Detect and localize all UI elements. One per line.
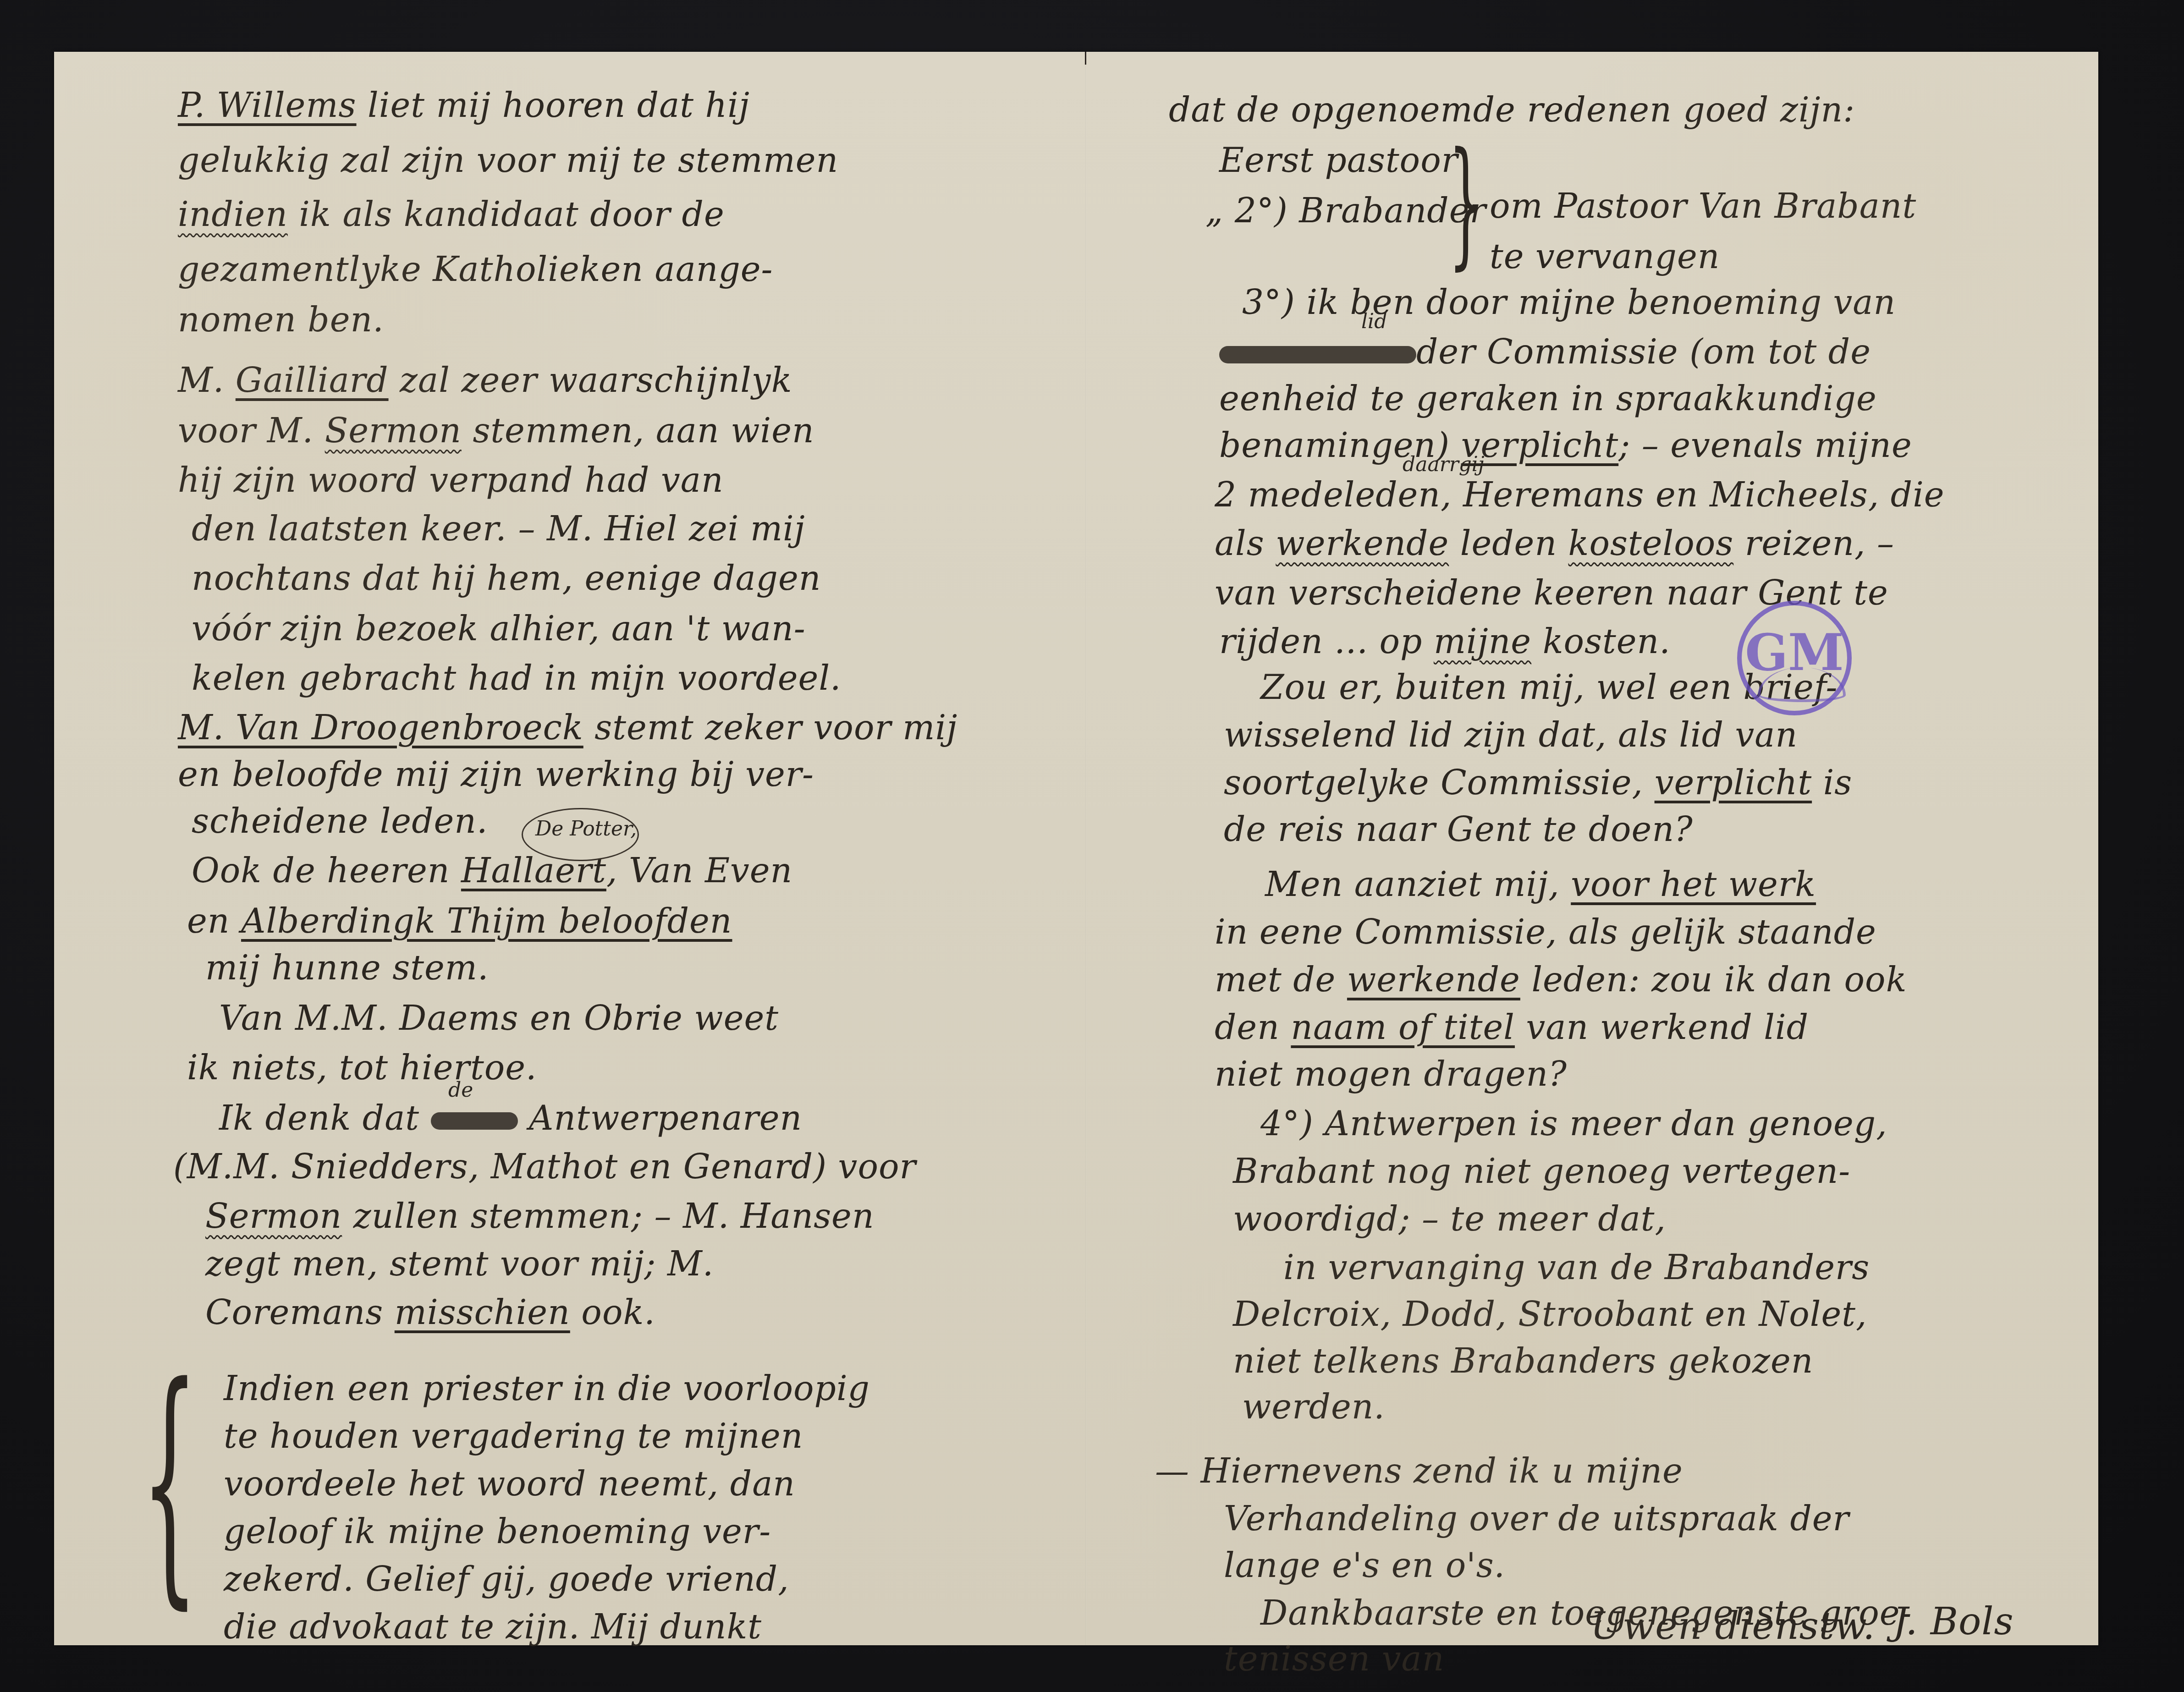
- margin-brace: {: [141, 1353, 198, 1610]
- text-line: Ook de heeren Hallaert, Van Even: [192, 854, 792, 888]
- line-text: den naam of titel van werkend lid: [1215, 1008, 1809, 1047]
- line-text: woordigd; – te meer dat,: [1233, 1199, 1666, 1239]
- line-text: 2 medeleden, Heremans en Micheels, die: [1215, 475, 1945, 515]
- line-text: eenheid te geraken in spraakkundige: [1219, 379, 1877, 418]
- line-text: Men aanziet mij, voor het werk: [1265, 865, 1816, 904]
- line-text: Sermon zullen stemmen; – M. Hansen: [205, 1197, 875, 1236]
- line-text: met de werkende leden: zou ik dan ook: [1215, 960, 1907, 1000]
- struck-through-word: [431, 1112, 518, 1130]
- text-line: benamingen) verplicht; – evenals mijne: [1219, 428, 1912, 462]
- line-text: indien ik als kandidaat door de: [178, 195, 725, 234]
- text-line: nomen ben.: [178, 303, 384, 337]
- line-text: zekerd. Gelief gij, goede vriend,: [224, 1560, 789, 1599]
- text-line: hij zijn woord verpand had van: [178, 463, 724, 497]
- text-line: Eerst pastoor: [1219, 143, 1458, 177]
- text-line: als werkende leden kosteloos reizen, –: [1215, 527, 1894, 560]
- text-line: den naam of titel van werkend lid: [1215, 1011, 1809, 1044]
- text-line: werden.: [1242, 1390, 1385, 1424]
- line-text: Eerst pastoor: [1219, 141, 1458, 180]
- line-text: Van M.M. Daems en Obrie weet: [219, 999, 779, 1038]
- text-line: met de werkende leden: zou ik dan ook: [1215, 963, 1907, 997]
- brace-note-text: om Pastoor Van Brabant: [1490, 189, 1916, 223]
- text-line: gelukkig zal zijn voor mij te stemmen: [178, 143, 838, 177]
- text-line: Verhandeling over de uitspraak der: [1224, 1502, 1849, 1536]
- line-text: in eene Commissie, als gelijk staande: [1215, 912, 1876, 952]
- line-text: niet mogen dragen?: [1215, 1055, 1567, 1094]
- text-line: niet mogen dragen?: [1215, 1057, 1567, 1091]
- line-text: benamingen) verplicht; – evenals mijne: [1219, 426, 1912, 465]
- line-text: de reis naar Gent te doen?: [1224, 810, 1693, 849]
- text-line: lange e's en o's.: [1224, 1549, 1505, 1582]
- line-text: zegt men, stemt voor mij; M.: [205, 1244, 714, 1284]
- text-line: voordeele het woord neemt, dan: [224, 1467, 795, 1501]
- text-line: „ 2°) Brabander: [1205, 194, 1486, 228]
- text-line: Indien een priester in die voorloopig: [224, 1372, 870, 1406]
- line-text: werden.: [1242, 1387, 1385, 1427]
- text-line: 2 medeleden, Heremans en Micheels, die: [1215, 478, 1945, 512]
- text-line: Brabant nog niet genoeg vertegen-: [1233, 1154, 1850, 1188]
- line-text: M. Van Droogenbroeck stemt zeker voor mi…: [178, 708, 957, 747]
- grouping-brace: }: [1448, 134, 1483, 272]
- left-page: P. Willems liet mij hooren dat hijgelukk…: [54, 52, 1085, 1645]
- line-text: hij zijn woord verpand had van: [178, 461, 724, 500]
- text-line: tenissen van: [1224, 1642, 1444, 1676]
- text-line: die advokaat te zijn. Mij dunkt: [224, 1610, 762, 1644]
- text-line: M. Gailliard zal zeer waarschijnlyk: [178, 363, 792, 397]
- text-line: voor M. Sermon stemmen, aan wien: [178, 414, 814, 448]
- text-line: Ik denk dat Antwerpenaren: [219, 1101, 802, 1135]
- text-line: Van M.M. Daems en Obrie weet: [219, 1001, 779, 1035]
- line-text: en beloofde mij zijn werking bij ver-: [178, 755, 814, 794]
- line-text: tenissen van: [1224, 1639, 1444, 1679]
- line-text: Ook de heeren Hallaert, Van Even: [192, 851, 792, 890]
- line-text: niet telkens Brabanders gekozen: [1233, 1341, 1813, 1381]
- line-text: Indien een priester in die voorloopig: [224, 1369, 870, 1408]
- interlinear-insertion: lid: [1361, 310, 1387, 333]
- text-line: zekerd. Gelief gij, goede vriend,: [224, 1562, 789, 1596]
- line-text: vóór zijn bezoek alhier, aan 't wan-: [192, 609, 806, 648]
- line-text: 4°) Antwerpen is meer dan genoeg,: [1260, 1104, 1887, 1143]
- line-text: lange e's en o's.: [1224, 1546, 1505, 1585]
- letter-sheet: P. Willems liet mij hooren dat hijgelukk…: [54, 52, 2098, 1645]
- line-text: Verhandeling over de uitspraak der: [1224, 1499, 1849, 1538]
- line-text: geloof ik mijne benoeming ver-: [224, 1512, 771, 1551]
- text-line: rijden ... op mijne kosten.: [1219, 625, 1671, 659]
- signature-closing: Uwen dienstw.: [1590, 1608, 1875, 1645]
- text-line: mij hunne stem.: [205, 951, 489, 985]
- text-line: en beloofde mij zijn werking bij ver-: [178, 758, 814, 791]
- text-line: 3°) ik ben door mijne benoeming van: [1242, 286, 1896, 319]
- text-line: der Commissie (om tot de: [1219, 335, 1871, 369]
- line-text: te houden vergadering te mijnen: [224, 1417, 803, 1456]
- text-line: soortgelyke Commissie, verplicht is: [1224, 766, 1852, 800]
- line-text: nochtans dat hij hem, eenige dagen: [192, 559, 821, 598]
- text-line: 4°) Antwerpen is meer dan genoeg,: [1260, 1107, 1887, 1141]
- text-line: (M.M. Sniedders, Mathot en Genard) voor: [173, 1150, 916, 1184]
- line-text: als werkende leden kosteloos reizen, –: [1215, 524, 1894, 563]
- text-line: Coremans misschien ook.: [205, 1296, 655, 1329]
- line-text: wisselend lid zijn dat, als lid van: [1224, 715, 1798, 755]
- line-text: rijden ... op mijne kosten.: [1219, 622, 1671, 661]
- line-text: soortgelyke Commissie, verplicht is: [1224, 763, 1852, 802]
- line-text: Coremans misschien ook.: [205, 1293, 655, 1332]
- line-text: den laatsten keer. – M. Hiel zei mij: [192, 509, 805, 549]
- text-line: gezamentlyke Katholieken aange-: [178, 253, 773, 286]
- line-text: scheidene leden.: [192, 802, 488, 841]
- interlinear-insertion: de: [448, 1078, 473, 1102]
- text-line: — Hiernevens zend ik u mijne: [1155, 1454, 1683, 1488]
- line-text: „ 2°) Brabander: [1205, 191, 1486, 231]
- line-text: Brabant nog niet genoeg vertegen-: [1233, 1152, 1850, 1191]
- line-text: Delcroix, Dodd, Stroobant en Nolet,: [1233, 1295, 1867, 1334]
- line-text: voordeele het woord neemt, dan: [224, 1464, 795, 1504]
- text-line: kelen gebracht had in mijn voordeel.: [192, 661, 842, 695]
- line-text: in vervanging van de Brabanders: [1283, 1248, 1870, 1287]
- line-text: kelen gebracht had in mijn voordeel.: [192, 659, 842, 698]
- text-line: indien ik als kandidaat door de: [178, 198, 725, 231]
- text-line: en Alberdingk Thijm beloofden: [187, 904, 732, 938]
- text-line: de reis naar Gent te doen?: [1224, 813, 1693, 846]
- text-line: Delcroix, Dodd, Stroobant en Nolet,: [1233, 1297, 1867, 1331]
- text-line: dat de opgenoemde redenen goed zijn:: [1169, 93, 1855, 127]
- text-line: den laatsten keer. – M. Hiel zei mij: [192, 512, 805, 546]
- line-text: (M.M. Sniedders, Mathot en Genard) voor: [173, 1147, 916, 1187]
- text-line: eenheid te geraken in spraakkundige: [1219, 382, 1877, 416]
- text-line: scheidene leden.: [192, 804, 488, 838]
- line-text: der Commissie (om tot de: [1416, 332, 1871, 372]
- text-line: te houden vergadering te mijnen: [224, 1419, 803, 1453]
- text-line: woordigd; – te meer dat,: [1233, 1202, 1666, 1236]
- archive-stamp: GM: [1737, 601, 1852, 715]
- line-text: en Alberdingk Thijm beloofden: [187, 901, 732, 941]
- text-line: zegt men, stemt voor mij; M.: [205, 1247, 714, 1281]
- text-line: Men aanziet mij, voor het werk: [1265, 868, 1816, 901]
- interlinear-insertion: daarrgij: [1403, 453, 1485, 476]
- line-text: gezamentlyke Katholieken aange-: [178, 250, 773, 289]
- line-text: voor M. Sermon stemmen, aan wien: [178, 411, 814, 450]
- signature-name: J. Bols: [1893, 1603, 2014, 1641]
- right-page: dat de opgenoemde redenen goed zijn:Eers…: [1086, 52, 2098, 1645]
- text-line: ik niets, tot hiertoe.: [187, 1051, 537, 1085]
- line-text: dat de opgenoemde redenen goed zijn:: [1169, 90, 1855, 130]
- text-line: M. Van Droogenbroeck stemt zeker voor mi…: [178, 711, 957, 745]
- text-line: vóór zijn bezoek alhier, aan 't wan-: [192, 612, 806, 646]
- text-line: in vervanging van de Brabanders: [1283, 1251, 1870, 1285]
- line-text: die advokaat te zijn. Mij dunkt: [224, 1607, 762, 1647]
- text-line: niet telkens Brabanders gekozen: [1233, 1344, 1813, 1378]
- line-text: P. Willems liet mij hooren dat hij: [178, 86, 750, 125]
- circled-insertion-mark: [522, 808, 639, 861]
- line-text: mij hunne stem.: [205, 948, 489, 988]
- line-text: M. Gailliard zal zeer waarschijnlyk: [178, 361, 792, 400]
- text-line: geloof ik mijne benoeming ver-: [224, 1515, 771, 1549]
- line-text: Antwerpenaren: [518, 1099, 803, 1138]
- text-line: Sermon zullen stemmen; – M. Hansen: [205, 1199, 875, 1233]
- line-text: 3°) ik ben door mijne benoeming van: [1242, 283, 1896, 322]
- line-text: Ik denk dat: [219, 1099, 431, 1138]
- line-text: nomen ben.: [178, 300, 384, 340]
- brace-note-text: te vervangen: [1490, 240, 1720, 274]
- line-text: gelukkig zal zijn voor mij te stemmen: [178, 141, 838, 180]
- text-line: wisselend lid zijn dat, als lid van: [1224, 718, 1798, 752]
- text-line: in eene Commissie, als gelijk staande: [1215, 915, 1876, 949]
- line-text: ik niets, tot hiertoe.: [187, 1048, 537, 1088]
- text-line: nochtans dat hij hem, eenige dagen: [192, 561, 821, 595]
- line-text: — Hiernevens zend ik u mijne: [1155, 1451, 1683, 1491]
- struck-through-word: [1219, 346, 1416, 363]
- text-line: P. Willems liet mij hooren dat hij: [178, 88, 750, 122]
